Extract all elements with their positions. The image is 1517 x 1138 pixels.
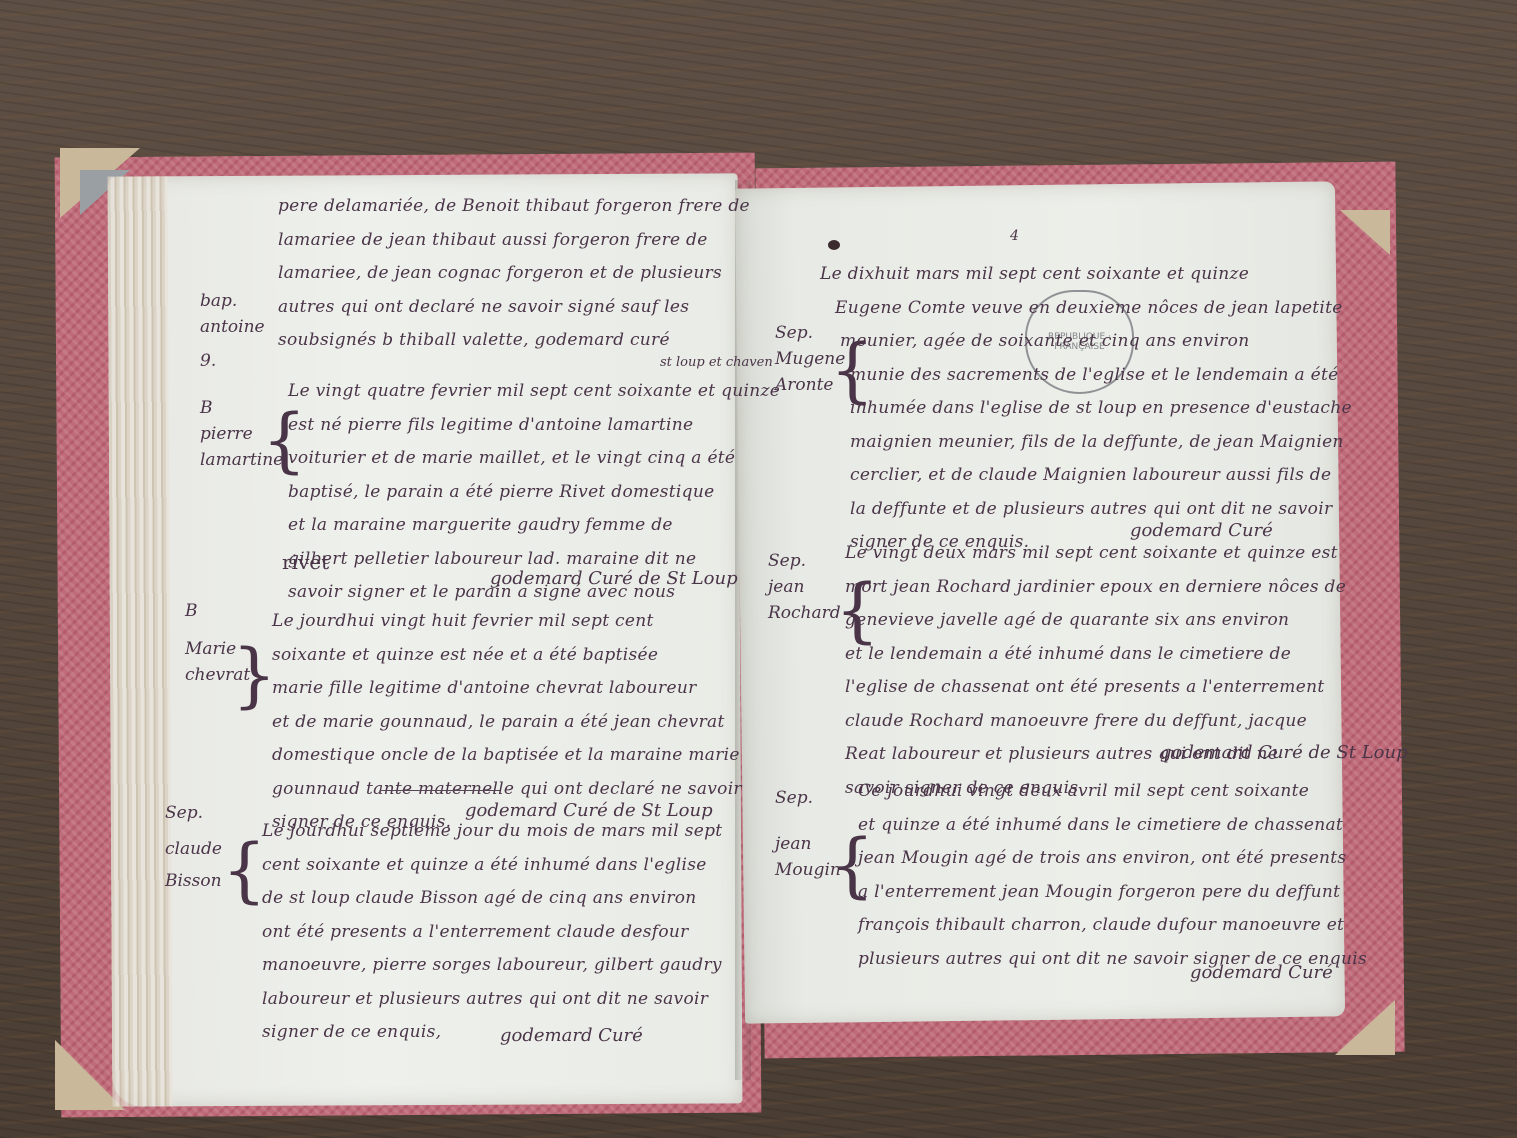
witness-signature: rivet <box>282 550 329 574</box>
page-edges <box>108 176 173 1106</box>
entry-burial-bisson: Le jourdhui septieme jour du mois de mar… <box>262 815 722 1050</box>
entry-continuation: pere delamariée, de Benoit thibaut forge… <box>278 190 750 358</box>
margin-note-entry3: Sep. claude Bisson <box>165 800 222 894</box>
priest-signature: godemard Curé de St Loup <box>490 568 738 589</box>
brace: { <box>222 835 267 905</box>
entry-burial-comte: Le dixhuit mars mil sept cent soixante e… <box>820 258 1352 560</box>
page-number: 4 <box>1010 228 1019 244</box>
priest-signature: godemard Curé <box>500 1025 643 1046</box>
priest-signature: godemard Curé <box>1190 962 1333 983</box>
priest-signature: godemard Curé de St Loup <box>1160 742 1408 763</box>
signature-note: st loup et chaven <box>660 355 773 370</box>
brace: } <box>232 640 277 710</box>
entry-burial-mougin: Ce jourdhui vingt deux avril mil sept ce… <box>858 775 1367 976</box>
margin-note-entry0: bap. antoine 9. <box>200 288 265 374</box>
entry-burial-rochard: Le vingt deux mars mil sept cent soixant… <box>845 537 1346 805</box>
divider <box>380 790 500 791</box>
ink-blot <box>828 240 840 250</box>
margin-note-entry-rochard: Sep. jean Rochard <box>768 548 841 626</box>
